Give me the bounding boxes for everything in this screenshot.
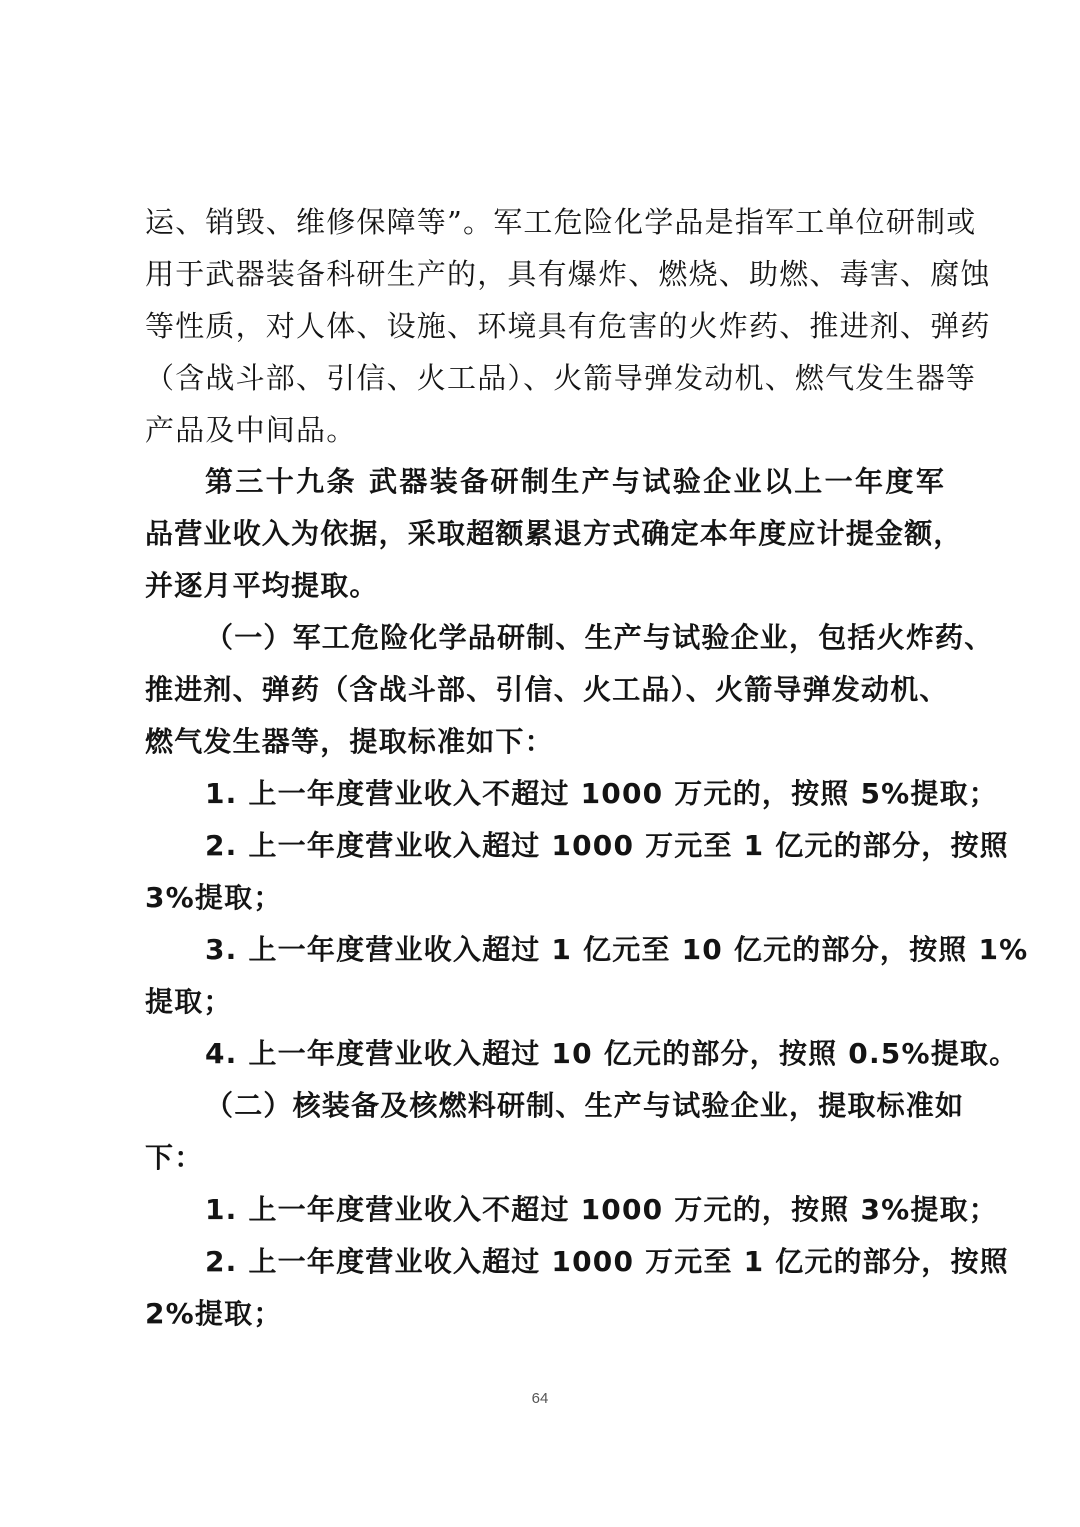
text-line: 燃气发生器等，提取标准如下： xyxy=(145,716,945,768)
text-line: 2. 上一年度营业收入超过 1000 万元至 1 亿元的部分，按照 xyxy=(205,1236,945,1288)
text-line: （含战斗部、引信、火工品）、火箭导弹发动机、燃气发生器等 xyxy=(145,352,945,404)
text-line: 3. 上一年度营业收入超过 1 亿元至 10 亿元的部分，按照 1% xyxy=(205,924,945,976)
text-line: （二）核装备及核燃料研制、生产与试验企业，提取标准如 xyxy=(205,1080,945,1132)
document-page: 运、销毁、维修保障等”。军工危险化学品是指军工单位研制或用于武器装备科研生产的，… xyxy=(0,0,1080,1527)
text-line: 用于武器装备科研生产的，具有爆炸、燃烧、助燃、毒害、腐蚀 xyxy=(145,248,945,300)
text-line: 品营业收入为依据，采取超额累退方式确定本年度应计提金额， xyxy=(145,508,945,560)
text-line: 3%提取； xyxy=(145,872,945,924)
text-line: 2%提取； xyxy=(145,1288,945,1340)
text-line: 4. 上一年度营业收入超过 10 亿元的部分，按照 0.5%提取。 xyxy=(205,1028,945,1080)
text-line: 1. 上一年度营业收入不超过 1000 万元的，按照 5%提取； xyxy=(205,768,945,820)
text-line: 提取； xyxy=(145,976,945,1028)
page-number: 64 xyxy=(0,1390,1080,1407)
text-line: （一）军工危险化学品研制、生产与试验企业，包括火炸药、 xyxy=(205,612,945,664)
text-line: 并逐月平均提取。 xyxy=(145,560,945,612)
text-line: 2. 上一年度营业收入超过 1000 万元至 1 亿元的部分，按照 xyxy=(205,820,945,872)
text-line: 产品及中间品。 xyxy=(145,404,945,456)
text-line: 等性质，对人体、设施、环境具有危害的火炸药、推进剂、弹药 xyxy=(145,300,945,352)
text-line: 运、销毁、维修保障等”。军工危险化学品是指军工单位研制或 xyxy=(145,196,945,248)
text-line: 1. 上一年度营业收入不超过 1000 万元的，按照 3%提取； xyxy=(205,1184,945,1236)
text-line: 推进剂、弹药（含战斗部、引信、火工品）、火箭导弹发动机、 xyxy=(145,664,945,716)
text-line: 第三十九条 武器装备研制生产与试验企业以上一年度军 xyxy=(205,456,945,508)
text-line: 下： xyxy=(145,1132,945,1184)
